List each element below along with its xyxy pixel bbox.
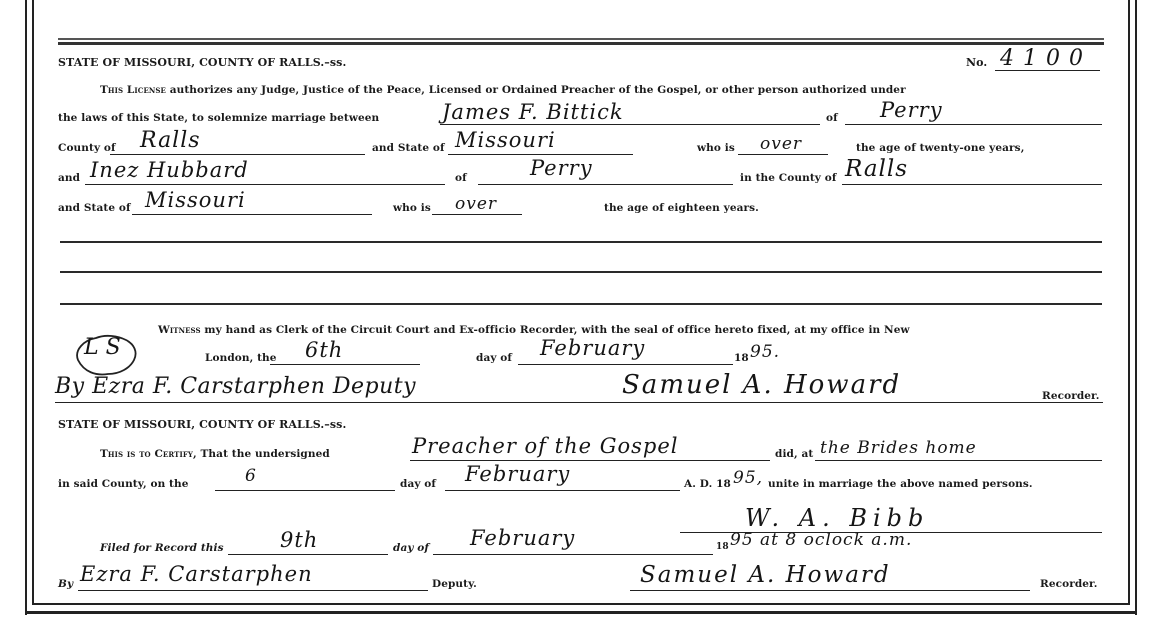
filed-recorder-line bbox=[630, 590, 1030, 591]
groom-of-label: of bbox=[826, 112, 838, 124]
bride-of-label: of bbox=[455, 172, 467, 184]
bride-residence-line bbox=[478, 184, 733, 185]
location: the Brides home bbox=[820, 438, 977, 458]
bride-name: Inez Hubbard bbox=[90, 158, 249, 182]
certify-body: That the undersigned bbox=[197, 448, 330, 460]
bride-county: Ralls bbox=[845, 156, 908, 182]
filed-year-prefix: 18 bbox=[716, 542, 729, 552]
solemnize-text: the laws of this State, to solemnize mar… bbox=[58, 112, 379, 124]
filed-month-line bbox=[433, 554, 713, 555]
bride-who-is-label: who is bbox=[393, 202, 431, 214]
blank-rule-3 bbox=[60, 303, 1102, 305]
and-label: and bbox=[58, 172, 80, 184]
cert-month-line bbox=[445, 490, 680, 491]
certify-text: This is to Certify, That the undersigned bbox=[100, 448, 330, 460]
license-intro-caps: This License bbox=[100, 84, 166, 96]
unite-text: unite in marriage the above named person… bbox=[768, 478, 1033, 490]
groom-residence-line bbox=[845, 124, 1102, 125]
filed-recorder-label: Recorder. bbox=[1040, 578, 1097, 590]
county-on-label: in said County, on the bbox=[58, 478, 189, 490]
blank-rule-1 bbox=[60, 241, 1102, 243]
in-county-label: in the County of bbox=[740, 172, 836, 184]
state-of-label: and State of bbox=[372, 142, 445, 154]
witness-recorder-label: Recorder. bbox=[1042, 390, 1099, 402]
groom-name-line bbox=[440, 124, 820, 125]
bottom-border-outer bbox=[25, 611, 1137, 614]
filed-by-label: By bbox=[58, 578, 73, 590]
groom-who-is-label: who is bbox=[697, 142, 735, 154]
top-rule-1 bbox=[58, 38, 1104, 40]
seal-text: L S bbox=[84, 335, 121, 360]
bride-age-line bbox=[432, 214, 522, 215]
groom-state-line bbox=[448, 154, 633, 155]
groom-age-status: over bbox=[760, 134, 802, 154]
cert-month: February bbox=[465, 462, 570, 486]
officiant-title: Preacher of the Gospel bbox=[412, 434, 678, 458]
section1-heading: STATE OF MISSOURI, COUNTY OF RALLS.–ss. bbox=[58, 56, 346, 69]
right-border-inner bbox=[1128, 0, 1130, 605]
witness-month: February bbox=[540, 336, 645, 360]
groom-residence: Perry bbox=[880, 98, 943, 122]
bride-residence: Perry bbox=[530, 156, 593, 180]
cert-day: 6 bbox=[245, 466, 257, 486]
witness-deputy-signature: By Ezra F. Carstarphen Deputy bbox=[55, 374, 416, 399]
witness-year-prefix: 18 bbox=[734, 352, 749, 364]
license-number-label: No. bbox=[966, 56, 987, 69]
witness-signature-line bbox=[55, 402, 1103, 403]
filed-deputy-signature: Ezra F. Carstarphen bbox=[80, 562, 313, 586]
groom-age-line bbox=[738, 154, 828, 155]
groom-state: Missouri bbox=[455, 128, 556, 152]
groom-county-line bbox=[110, 154, 365, 155]
bride-age-text: the age of eighteen years. bbox=[604, 202, 759, 214]
filed-deputy-line bbox=[78, 590, 428, 591]
witness-caps: Witness bbox=[158, 324, 201, 336]
officiant-signature: W. A. Bibb bbox=[745, 504, 929, 532]
certify-caps: This is to Certify, bbox=[100, 448, 197, 460]
witness-text: Witness my hand as Clerk of the Circuit … bbox=[158, 324, 910, 336]
location-line bbox=[815, 460, 1102, 461]
witness-month-line bbox=[518, 364, 733, 365]
blank-rule-2 bbox=[60, 271, 1102, 273]
witness-year-suffix: 95. bbox=[750, 342, 780, 362]
filed-year-suffix: 95 at 8 oclock a.m. bbox=[730, 530, 912, 550]
filed-month: February bbox=[470, 526, 575, 550]
witness-body: my hand as Clerk of the Circuit Court an… bbox=[201, 324, 910, 336]
bride-age-status: over bbox=[455, 194, 497, 214]
witness-recorder-signature: Samuel A. Howard bbox=[622, 370, 901, 400]
bottom-border-inner bbox=[32, 603, 1130, 605]
cert-year-suffix: 95, bbox=[733, 468, 763, 488]
filed-day: 9th bbox=[280, 528, 318, 552]
license-number: 4100 bbox=[1000, 46, 1092, 71]
county-of-label: County of bbox=[58, 142, 116, 154]
bride-state-line bbox=[132, 214, 372, 215]
filed-day-of-label: day of bbox=[393, 542, 429, 554]
license-intro: This License authorizes any Judge, Justi… bbox=[100, 84, 906, 96]
bride-state: Missouri bbox=[145, 188, 246, 212]
top-rule-2 bbox=[58, 42, 1104, 45]
left-border-inner bbox=[32, 0, 34, 605]
cert-ad-label: A. D. 18 bbox=[684, 478, 731, 490]
section2-heading: STATE OF MISSOURI, COUNTY OF RALLS.–ss. bbox=[58, 418, 346, 431]
groom-county: Ralls bbox=[140, 128, 201, 153]
groom-age-text: the age of twenty-one years, bbox=[856, 142, 1024, 154]
filed-day-line bbox=[228, 554, 388, 555]
right-border-outer bbox=[1135, 0, 1137, 615]
filed-recorder-signature: Samuel A. Howard bbox=[640, 562, 891, 588]
filed-label: Filed for Record this bbox=[100, 542, 224, 554]
cert-day-line bbox=[215, 490, 395, 491]
cert-day-of-label: day of bbox=[400, 478, 436, 490]
groom-name: James F. Bittick bbox=[442, 100, 624, 124]
did-at-label: did, at bbox=[775, 448, 813, 460]
license-intro-text: authorizes any Judge, Justice of the Pea… bbox=[166, 84, 906, 96]
bride-state-label: and State of bbox=[58, 202, 131, 214]
filed-deputy-label: Deputy. bbox=[432, 578, 477, 590]
witness-day: 6th bbox=[305, 338, 343, 362]
bride-name-line bbox=[85, 184, 445, 185]
witness-day-line bbox=[270, 364, 420, 365]
london-label: London, the bbox=[205, 352, 277, 364]
left-border-outer bbox=[25, 0, 27, 615]
bride-county-line bbox=[842, 184, 1102, 185]
witness-day-of-label: day of bbox=[476, 352, 512, 364]
officiant-title-line bbox=[410, 460, 770, 461]
